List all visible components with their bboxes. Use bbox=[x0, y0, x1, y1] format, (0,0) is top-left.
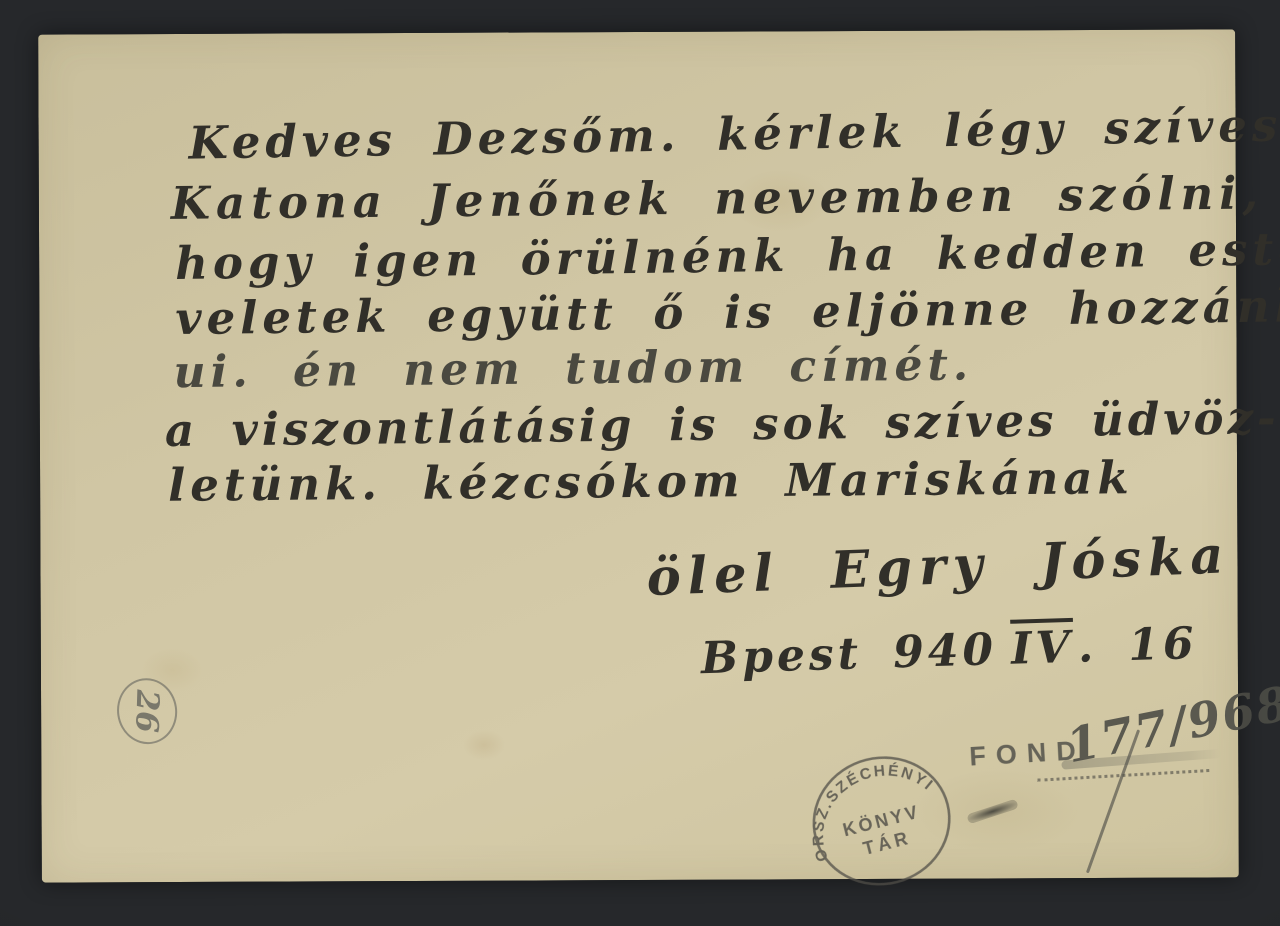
date-day: . 16 bbox=[1077, 618, 1198, 673]
circled-number-value: 26 bbox=[128, 689, 165, 733]
handwritten-line-7: letünk. kézcsókom Mariskának bbox=[168, 451, 1134, 512]
date-line: Bpest 940IV. 16 bbox=[700, 618, 1198, 684]
date-place-year: Bpest 940 bbox=[700, 624, 998, 684]
handwritten-line-5: ui. én nem tudom címét. bbox=[173, 339, 973, 398]
handwritten-line-1: Kedves Dezsőm. kérlek légy szíves bbox=[188, 99, 1280, 170]
handwritten-line-2: Katona Jenőnek nevemben szólni, bbox=[171, 166, 1265, 229]
date-month-roman-numeral: IV bbox=[1010, 622, 1074, 675]
library-oval-stamp: ORSZ.SZÉCHÉNYI KÖNYV TÁR bbox=[786, 730, 978, 913]
library-stamp-graphic: ORSZ.SZÉCHÉNYI KÖNYV TÁR bbox=[786, 730, 978, 913]
scan-background: Kedves Dezsőm. kérlek légy szíves Katona… bbox=[0, 0, 1280, 926]
pencil-circled-number: 26 bbox=[113, 674, 182, 748]
pencil-smudge-mark bbox=[966, 799, 1019, 825]
handwritten-line-3: hogy igen örülnénk ha kedden este bbox=[175, 222, 1280, 290]
postcard: Kedves Dezsőm. kérlek légy szíves Katona… bbox=[38, 29, 1239, 882]
handwritten-line-4: veletek együtt ő is eljönne hozzánk. bbox=[175, 279, 1280, 345]
handwritten-line-6: a viszontlátásig is sok szíves üdvöz- bbox=[165, 391, 1280, 457]
signature-line: ölel Egry Jóska bbox=[646, 525, 1232, 608]
